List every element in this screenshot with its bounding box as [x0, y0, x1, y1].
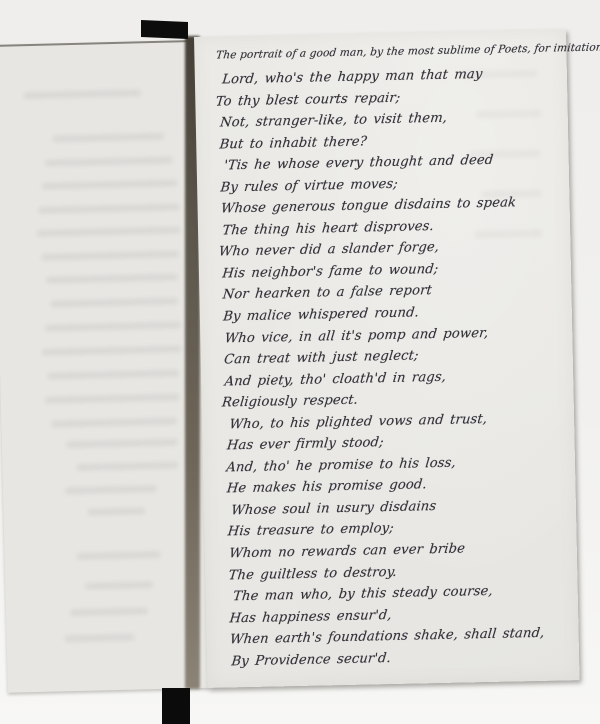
bleed-through-line	[65, 485, 157, 494]
bleed-through-line	[38, 203, 180, 213]
bleed-through-line	[47, 369, 179, 379]
bleed-through-line	[45, 321, 181, 331]
bottom-mounting-tab	[162, 688, 190, 724]
bleed-through-line	[87, 507, 145, 515]
manuscript-page: The portrait of a good man, by the most …	[194, 29, 580, 688]
bleed-through-line	[41, 179, 177, 189]
bleed-through-line	[37, 226, 181, 237]
page-content: The portrait of a good man, by the most …	[194, 29, 580, 688]
top-mounting-tab	[141, 20, 188, 39]
poem-body: Lord, who's the happy man that may To th…	[209, 62, 576, 673]
bleed-through-line	[66, 439, 178, 449]
bleed-through-line	[76, 551, 160, 560]
bleed-through-line	[52, 133, 164, 143]
bleed-through-line	[50, 297, 178, 307]
bleed-through-line	[45, 393, 180, 403]
bleed-through-line	[65, 634, 135, 643]
bleed-through-line	[70, 607, 148, 616]
bleed-through-line	[23, 89, 141, 99]
bleed-through-line	[41, 250, 179, 260]
bleed-through-line	[46, 273, 178, 283]
facing-page	[0, 40, 210, 693]
bleed-through-line	[76, 462, 178, 471]
bleed-through-line	[41, 345, 181, 355]
bleed-through-line	[45, 157, 173, 167]
bleed-through-line	[85, 581, 153, 590]
bleed-through-line	[51, 418, 177, 428]
